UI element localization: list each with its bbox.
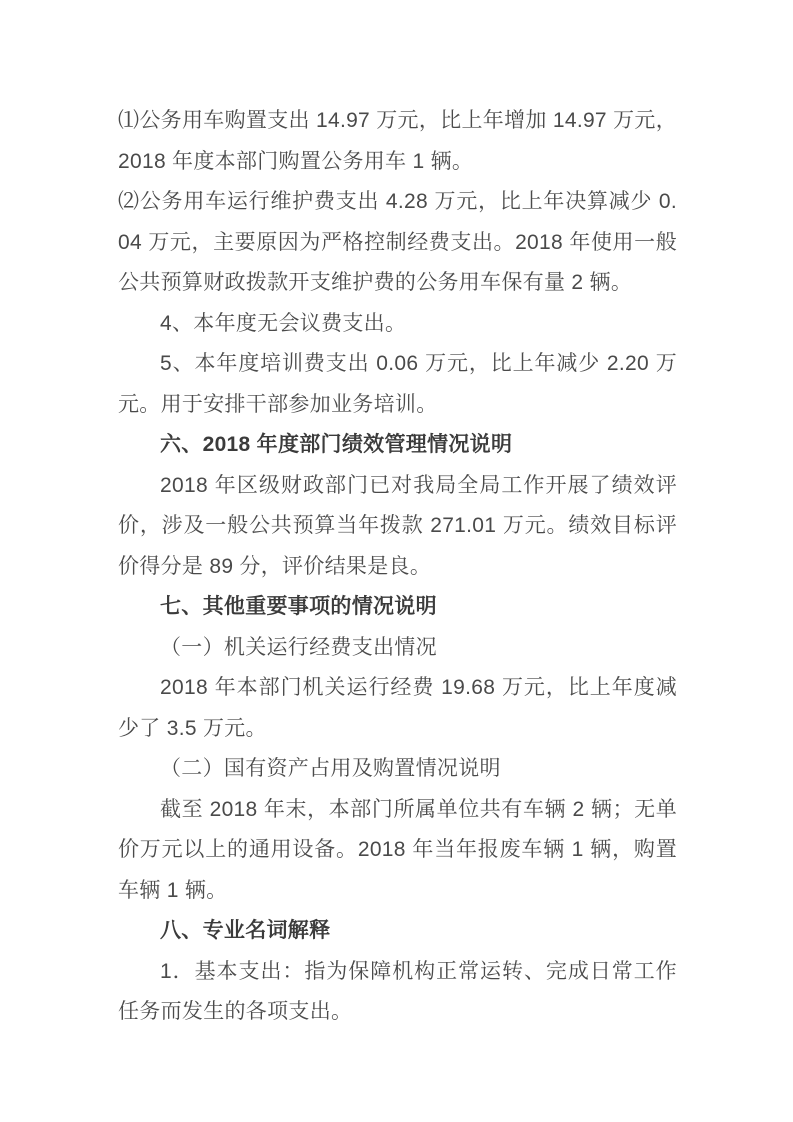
subheading-state-assets: （二）国有资产占用及购置情况说明 [118, 749, 677, 790]
heading-section-6-performance: 六、2018 年度部门绩效管理情况说明 [118, 425, 677, 466]
para-no-meeting-fee: 4、本年度无会议费支出。 [118, 304, 677, 345]
para-performance-evaluation: 2018 年区级财政部门已对我局全局工作开展了绩效评价，涉及一般公共预算当年拨款… [118, 466, 677, 588]
para-term-basic-expenditure: 1．基本支出：指为保障机构正常运转、完成日常工作任务而发生的各项支出。 [118, 952, 677, 1033]
subheading-operating-expense: （一）机关运行经费支出情况 [118, 628, 677, 669]
document-page: { "page": { "background_color": "#ffffff… [0, 0, 793, 1122]
para-state-assets: 截至 2018 年末，本部门所属单位共有车辆 2 辆；无单价万元以上的通用设备。… [118, 790, 677, 912]
para-training-fee: 5、本年度培训费支出 0.06 万元，比上年减少 2.20 万元。用于安排干部参… [118, 344, 677, 425]
para-operating-expense: 2018 年本部门机关运行经费 19.68 万元，比上年度减少了 3.5 万元。 [118, 668, 677, 749]
document-body: ⑴公务用车购置支出 14.97 万元，比上年增加 14.97 万元，2018 年… [118, 101, 677, 1033]
para-vehicle-purchase: ⑴公务用车购置支出 14.97 万元，比上年增加 14.97 万元，2018 年… [118, 101, 677, 182]
heading-section-7-other-matters: 七、其他重要事项的情况说明 [118, 587, 677, 628]
heading-section-8-terminology: 八、专业名词解释 [118, 911, 677, 952]
para-vehicle-maintenance: ⑵公务用车运行维护费支出 4.28 万元，比上年决算减少 0.04 万元，主要原… [118, 182, 677, 304]
